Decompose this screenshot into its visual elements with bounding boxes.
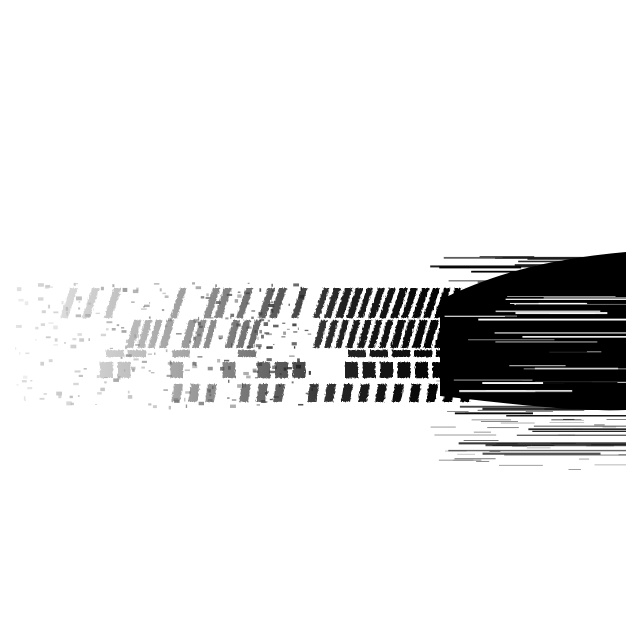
fade-overlay	[0, 240, 626, 440]
tire-track-illustration	[0, 0, 626, 626]
